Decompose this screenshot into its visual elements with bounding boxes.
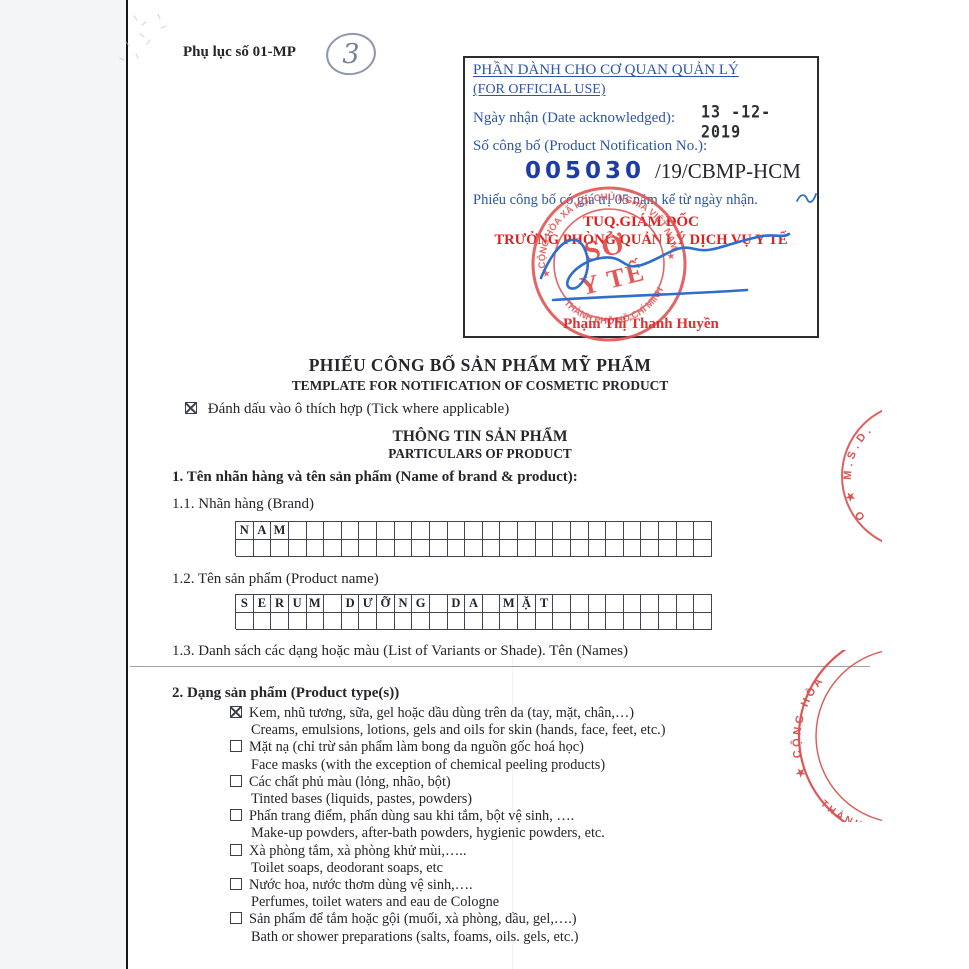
checklist-label-vi: Kem, nhũ tương, sữa, gel hoặc dầu dùng t… [249, 705, 634, 721]
official-box-title-en: (FOR OFFICIAL USE) [473, 82, 606, 98]
checkbox-unchecked [230, 809, 242, 821]
pen-mark [795, 188, 819, 206]
grid-cell [483, 613, 501, 631]
grid-cell [430, 613, 448, 631]
grid-cell [254, 540, 272, 558]
grid-cell [677, 613, 695, 631]
grid-cell [624, 522, 642, 540]
grid-cell: E [254, 595, 272, 613]
section2-heading: 2. Dạng sản phẩm (Product type(s)) [172, 685, 399, 702]
grid-cell: D [448, 595, 466, 613]
grid-cell [571, 522, 589, 540]
product-info-title-vi: THÔNG TIN SẢN PHẨM [135, 428, 825, 446]
grid-cell [659, 522, 677, 540]
checkbox-unchecked [230, 740, 242, 752]
grid-cell [324, 522, 342, 540]
grid-cell [641, 540, 659, 558]
product-type-checklist: Kem, nhũ tương, sữa, gel hoặc dầu dùng t… [230, 705, 830, 946]
grid-cell [571, 540, 589, 558]
grid-cell [500, 613, 518, 631]
notification-number-suffix: /19/CBMP-HCM [655, 159, 801, 183]
grid-cell [342, 522, 360, 540]
grid-cell [271, 613, 289, 631]
svg-text:O ★ M.S.D.: O ★ M.S.D. [842, 423, 876, 523]
checklist-item-vi: Sản phẩm để tắm hoặc gội (muối, xà phòng… [230, 911, 830, 928]
signer-name: Phạm Thị Thanh Huyền [465, 316, 817, 333]
checklist-item-vi: Nước hoa, nước thơm dùng vệ sinh,…. [230, 877, 830, 894]
grid-cell [659, 540, 677, 558]
grid-cell: M [307, 595, 325, 613]
grid-cell [483, 540, 501, 558]
grid-cell [694, 595, 712, 613]
grid-cell [606, 613, 624, 631]
grid-cell [359, 522, 377, 540]
grid-cell [624, 540, 642, 558]
checklist-label-vi: Xà phòng tắm, xà phòng khử mùi,….. [249, 843, 466, 859]
product-name-label: 1.2. Tên sản phẩm (Product name) [172, 571, 379, 588]
checklist-item-vi: Kem, nhũ tương, sữa, gel hoặc dầu dùng t… [230, 705, 830, 722]
scanned-document-page: Phụ lục số 01-MP 3 PHẦN DÀNH CHO CƠ QUAN… [0, 0, 969, 969]
grid-cell [589, 540, 607, 558]
grid-cell [254, 613, 272, 631]
checklist-label-en: Perfumes, toilet waters and eau de Colog… [230, 894, 830, 911]
date-stamp: 13 -12- 2019 [701, 102, 817, 142]
checklist-label-vi: Phấn trang điểm, phấn dùng sau khi tắm, … [249, 808, 574, 824]
grid-cell [518, 613, 536, 631]
checklist-label-en: Toilet soaps, deodorant soaps, etc [230, 860, 830, 877]
grid-cell [430, 595, 448, 613]
checkbox-checked [230, 706, 242, 718]
edge-stamp-bottom: ★ CỘNG HÒA X.H THÀNH PH [778, 650, 882, 822]
grid-cell: A [254, 522, 272, 540]
grid-cell [412, 613, 430, 631]
grid-cell [307, 540, 325, 558]
notification-number-stamp: 005030 [525, 158, 645, 184]
checkbox-unchecked [230, 775, 242, 787]
grid-cell: M [271, 522, 289, 540]
checklist-label-en: Creams, emulsions, lotions, gels and oil… [230, 722, 830, 739]
checklist-label-vi: Sản phẩm để tắm hoặc gội (muối, xà phòng… [249, 911, 577, 927]
grid-cell [236, 540, 254, 558]
grid-cell [553, 613, 571, 631]
product-info-title-en: PARTICULARS OF PRODUCT [135, 446, 825, 462]
checklist-item: Các chất phủ màu (lỏng, nhão, bột)Tinted… [230, 774, 830, 808]
grid-cell [289, 522, 307, 540]
grid-cell [483, 522, 501, 540]
grid-cell [606, 595, 624, 613]
grid-cell [359, 540, 377, 558]
tick-note-checkbox [185, 402, 197, 414]
grid-cell: N [236, 522, 254, 540]
grid-cell [536, 613, 554, 631]
grid-cell [377, 540, 395, 558]
grid-cell: S [236, 595, 254, 613]
grid-cell [553, 522, 571, 540]
grid-cell [271, 540, 289, 558]
grid-cell: N [395, 595, 413, 613]
brand-letter-grid: NAM [235, 521, 712, 556]
page-edge-line [126, 0, 128, 969]
svg-text:3: 3 [342, 39, 359, 70]
grid-cell [483, 595, 501, 613]
grid-cell [677, 595, 695, 613]
grid-cell [324, 595, 342, 613]
grid-cell [236, 613, 254, 631]
grid-cell [395, 522, 413, 540]
scan-left-margin [0, 0, 126, 969]
grid-cell: Ư [359, 595, 377, 613]
grid-cell [395, 613, 413, 631]
grid-cell [694, 540, 712, 558]
tick-where-applicable-note: Đánh dấu vào ô thích hợp (Tick where app… [185, 401, 509, 418]
grid-cell [659, 595, 677, 613]
horizontal-rule [130, 666, 870, 667]
checklist-item-vi: Các chất phủ màu (lỏng, nhão, bột) [230, 774, 830, 791]
checklist-item-vi: Phấn trang điểm, phấn dùng sau khi tắm, … [230, 808, 830, 825]
checklist-label-vi: Nước hoa, nước thơm dùng vệ sinh,…. [249, 877, 473, 893]
grid-cell [694, 522, 712, 540]
grid-cell [430, 540, 448, 558]
grid-cell [571, 595, 589, 613]
grid-cell [342, 613, 360, 631]
document-title-vi: PHIẾU CÔNG BỐ SẢN PHẨM MỸ PHẨM [135, 355, 825, 376]
grid-cell [659, 613, 677, 631]
grid-cell: R [271, 595, 289, 613]
product-letter-grid: SERUMDƯỠNGDAMẶT [235, 594, 712, 629]
grid-cell [412, 522, 430, 540]
grid-cell [553, 540, 571, 558]
grid-cell: U [289, 595, 307, 613]
grid-cell [589, 595, 607, 613]
checklist-item-vi: Xà phòng tắm, xà phòng khử mùi,….. [230, 843, 830, 860]
grid-cell: A [465, 595, 483, 613]
grid-cell [606, 522, 624, 540]
grid-cell [694, 613, 712, 631]
grid-cell [289, 540, 307, 558]
grid-cell [324, 540, 342, 558]
grid-cell [518, 522, 536, 540]
grid-cell [641, 613, 659, 631]
checklist-label-en: Make-up powders, after-bath powders, hyg… [230, 825, 830, 842]
notification-number-label: Số công bố (Product Notification No.): [473, 138, 707, 155]
grid-cell [536, 540, 554, 558]
date-acknowledged-label: Ngày nhận (Date acknowledged): [473, 110, 675, 127]
checkbox-unchecked [230, 912, 242, 924]
checkbox-unchecked [230, 844, 242, 856]
signature [531, 216, 797, 316]
grid-cell [465, 540, 483, 558]
grid-cell [395, 540, 413, 558]
grid-cell: D [342, 595, 360, 613]
grid-cell [465, 522, 483, 540]
checklist-label-en: Tinted bases (liquids, pastes, powders) [230, 791, 830, 808]
official-box-title-vi: PHẦN DÀNH CHO CƠ QUAN QUẢN LÝ [473, 62, 739, 79]
handwritten-page-number: 3 [323, 28, 379, 80]
grid-cell [553, 595, 571, 613]
grid-cell [359, 613, 377, 631]
appendix-label: Phụ lục số 01-MP [183, 44, 296, 61]
grid-cell [342, 540, 360, 558]
checklist-item-vi: Mặt nạ (chỉ trừ sản phẩm làm bong da ngu… [230, 739, 830, 756]
checklist-item: Sản phẩm để tắm hoặc gội (muối, xà phòng… [230, 911, 830, 945]
grid-cell [589, 522, 607, 540]
grid-cell [448, 540, 466, 558]
grid-cell [500, 540, 518, 558]
grid-cell [624, 613, 642, 631]
section1-heading: 1. Tên nhãn hàng và tên sản phẩm (Name o… [172, 469, 578, 486]
checklist-label-en: Bath or shower preparations (salts, foam… [230, 929, 830, 946]
svg-text:THÀNH PH: THÀNH PH [818, 798, 882, 822]
grid-cell: Ỡ [377, 595, 395, 613]
checklist-label-vi: Các chất phủ màu (lỏng, nhão, bột) [249, 774, 451, 790]
checkbox-unchecked [230, 878, 242, 890]
grid-cell [307, 613, 325, 631]
tick-note-text: Đánh dấu vào ô thích hợp (Tick where app… [208, 401, 509, 417]
checklist-item: Phấn trang điểm, phấn dùng sau khi tắm, … [230, 808, 830, 842]
grid-cell [624, 595, 642, 613]
grid-cell [448, 613, 466, 631]
brand-label: 1.1. Nhãn hàng (Brand) [172, 496, 314, 513]
grid-cell [289, 613, 307, 631]
grid-cell [536, 522, 554, 540]
official-use-box: PHẦN DÀNH CHO CƠ QUAN QUẢN LÝ (FOR OFFIC… [463, 56, 819, 338]
checklist-label-vi: Mặt nạ (chỉ trừ sản phẩm làm bong da ngu… [249, 739, 584, 755]
grid-cell [412, 540, 430, 558]
grid-cell [589, 613, 607, 631]
grid-cell [641, 595, 659, 613]
grid-cell [606, 540, 624, 558]
grid-cell [324, 613, 342, 631]
grid-cell [465, 613, 483, 631]
grid-cell: T [536, 595, 554, 613]
checklist-item: Mặt nạ (chỉ trừ sản phẩm làm bong da ngu… [230, 739, 830, 773]
edge-stamp-top: O ★ M.S.D. [820, 392, 882, 562]
grid-cell [448, 522, 466, 540]
grid-cell [307, 522, 325, 540]
notification-number-row: 005030 /19/CBMP-HCM [525, 158, 801, 184]
grid-cell [377, 613, 395, 631]
grid-cell [430, 522, 448, 540]
grid-cell [677, 522, 695, 540]
grid-cell [641, 522, 659, 540]
grid-cell [677, 540, 695, 558]
grid-cell [571, 613, 589, 631]
document-title-en: TEMPLATE FOR NOTIFICATION OF COSMETIC PR… [135, 378, 825, 394]
grid-cell [377, 522, 395, 540]
grid-cell: Ặ [518, 595, 536, 613]
grid-cell [500, 522, 518, 540]
grid-cell: G [412, 595, 430, 613]
grid-cell: M [500, 595, 518, 613]
checklist-item: Nước hoa, nước thơm dùng vệ sinh,….Perfu… [230, 877, 830, 911]
checklist-item: Xà phòng tắm, xà phòng khử mùi,…..Toilet… [230, 843, 830, 877]
grid-cell [518, 540, 536, 558]
checklist-item: Kem, nhũ tương, sữa, gel hoặc dầu dùng t… [230, 705, 830, 739]
checklist-label-en: Face masks (with the exception of chemic… [230, 757, 830, 774]
variants-label: 1.3. Danh sách các dạng hoặc màu (List o… [172, 643, 628, 660]
